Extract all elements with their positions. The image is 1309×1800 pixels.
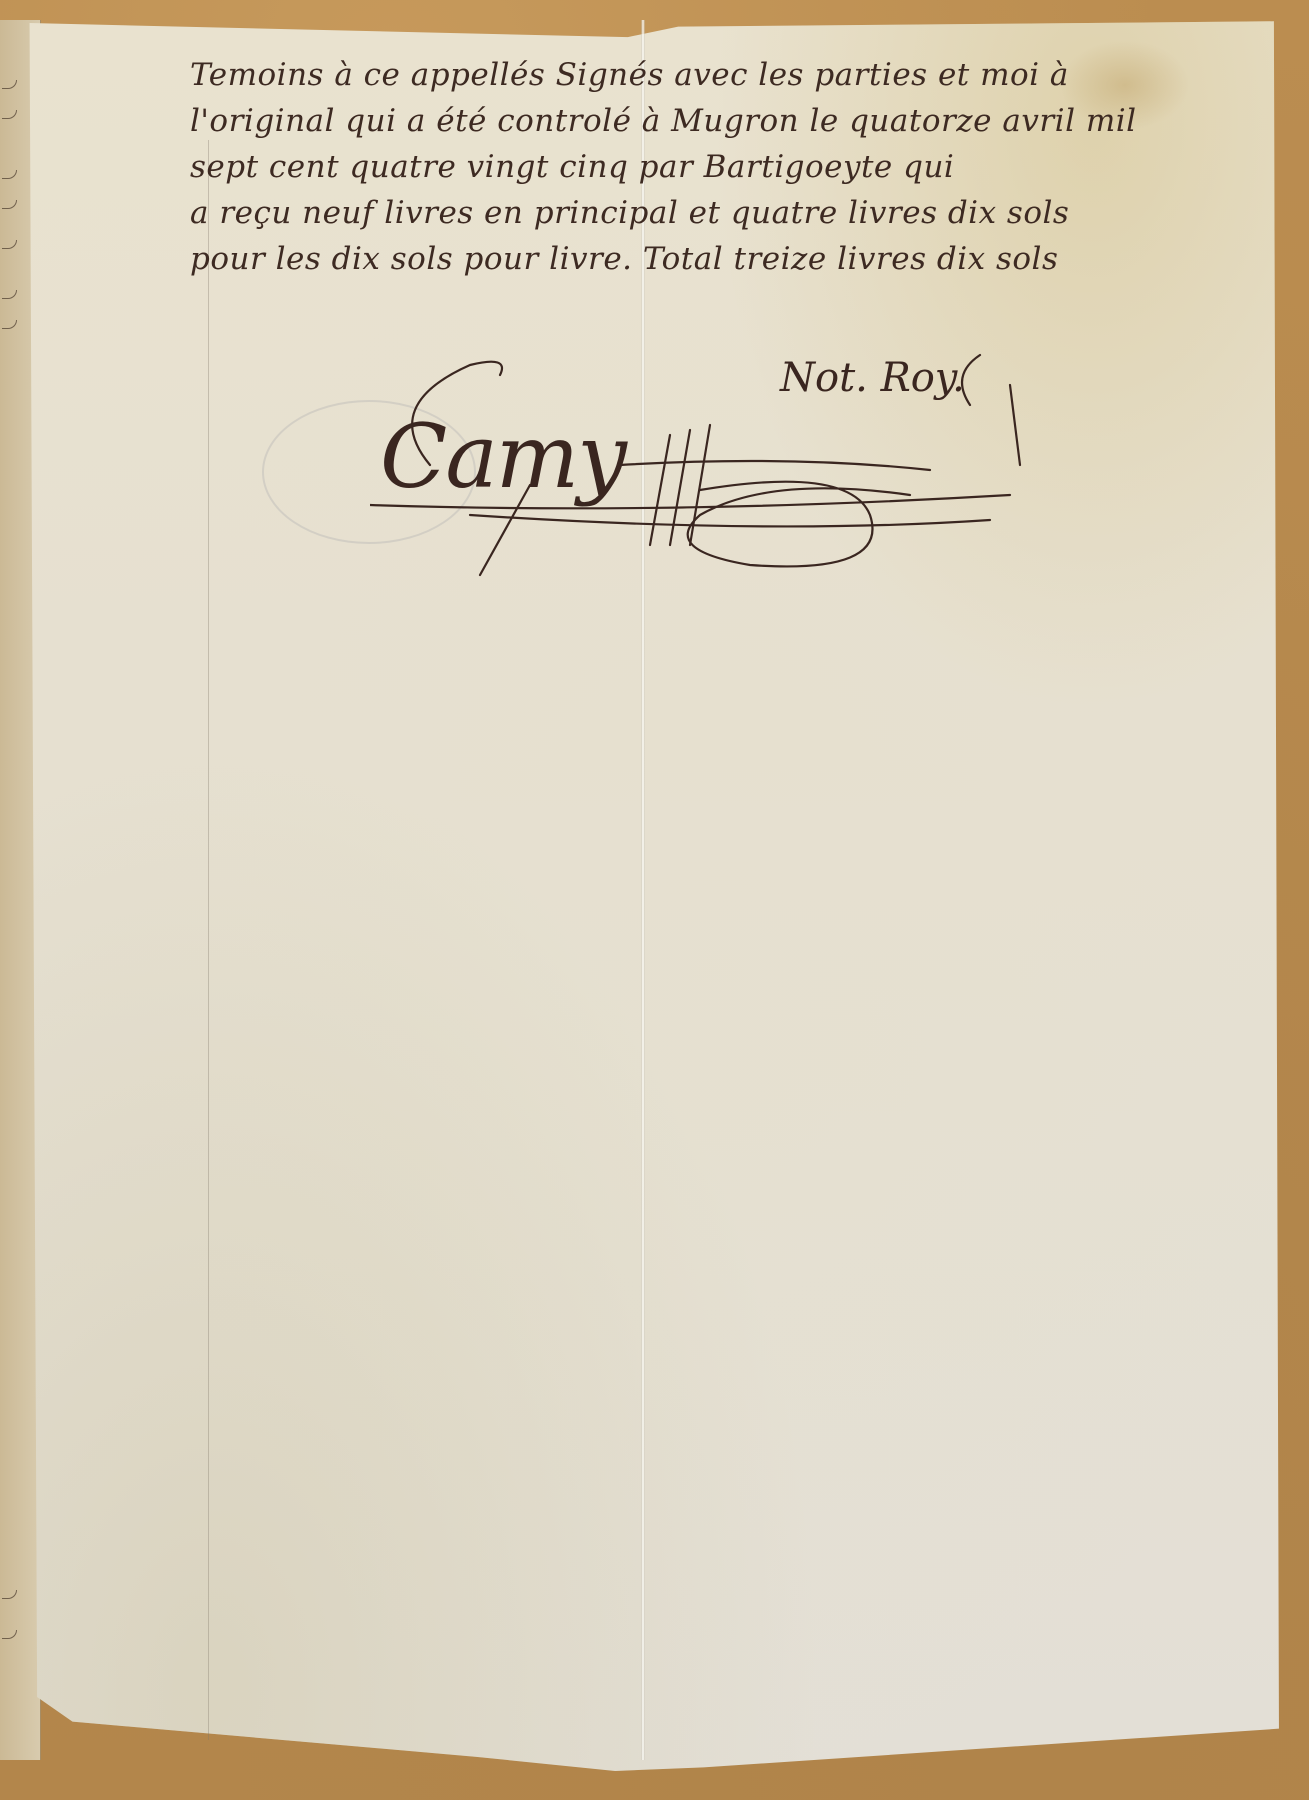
ink-mark bbox=[2, 320, 17, 329]
ink-mark bbox=[2, 290, 17, 299]
ink-mark bbox=[2, 110, 17, 119]
text-line: sept cent quatre vingt cinq par Bartigoe… bbox=[190, 144, 1270, 190]
ink-mark bbox=[2, 80, 17, 89]
signature-suffix: Not. Roy. bbox=[780, 355, 965, 401]
ink-mark bbox=[2, 1590, 17, 1599]
ink-mark bbox=[2, 170, 17, 179]
ink-mark bbox=[2, 1630, 17, 1639]
text-line: Temoins à ce appellés Signés avec les pa… bbox=[190, 52, 1270, 98]
handwritten-text: Temoins à ce appellés Signés avec les pa… bbox=[190, 52, 1270, 282]
ink-mark bbox=[2, 200, 17, 209]
text-line: a reçu neuf livres en principal et quatr… bbox=[190, 190, 1270, 236]
signature: Camy Not. Roy. bbox=[370, 345, 1050, 585]
signature-name: Camy bbox=[380, 405, 625, 508]
text-line: pour les dix sols pour livre. Total trei… bbox=[190, 236, 1270, 282]
ink-mark bbox=[2, 240, 17, 249]
text-line: l'original qui a été controlé à Mugron l… bbox=[190, 98, 1270, 144]
margin-line bbox=[208, 140, 209, 1740]
